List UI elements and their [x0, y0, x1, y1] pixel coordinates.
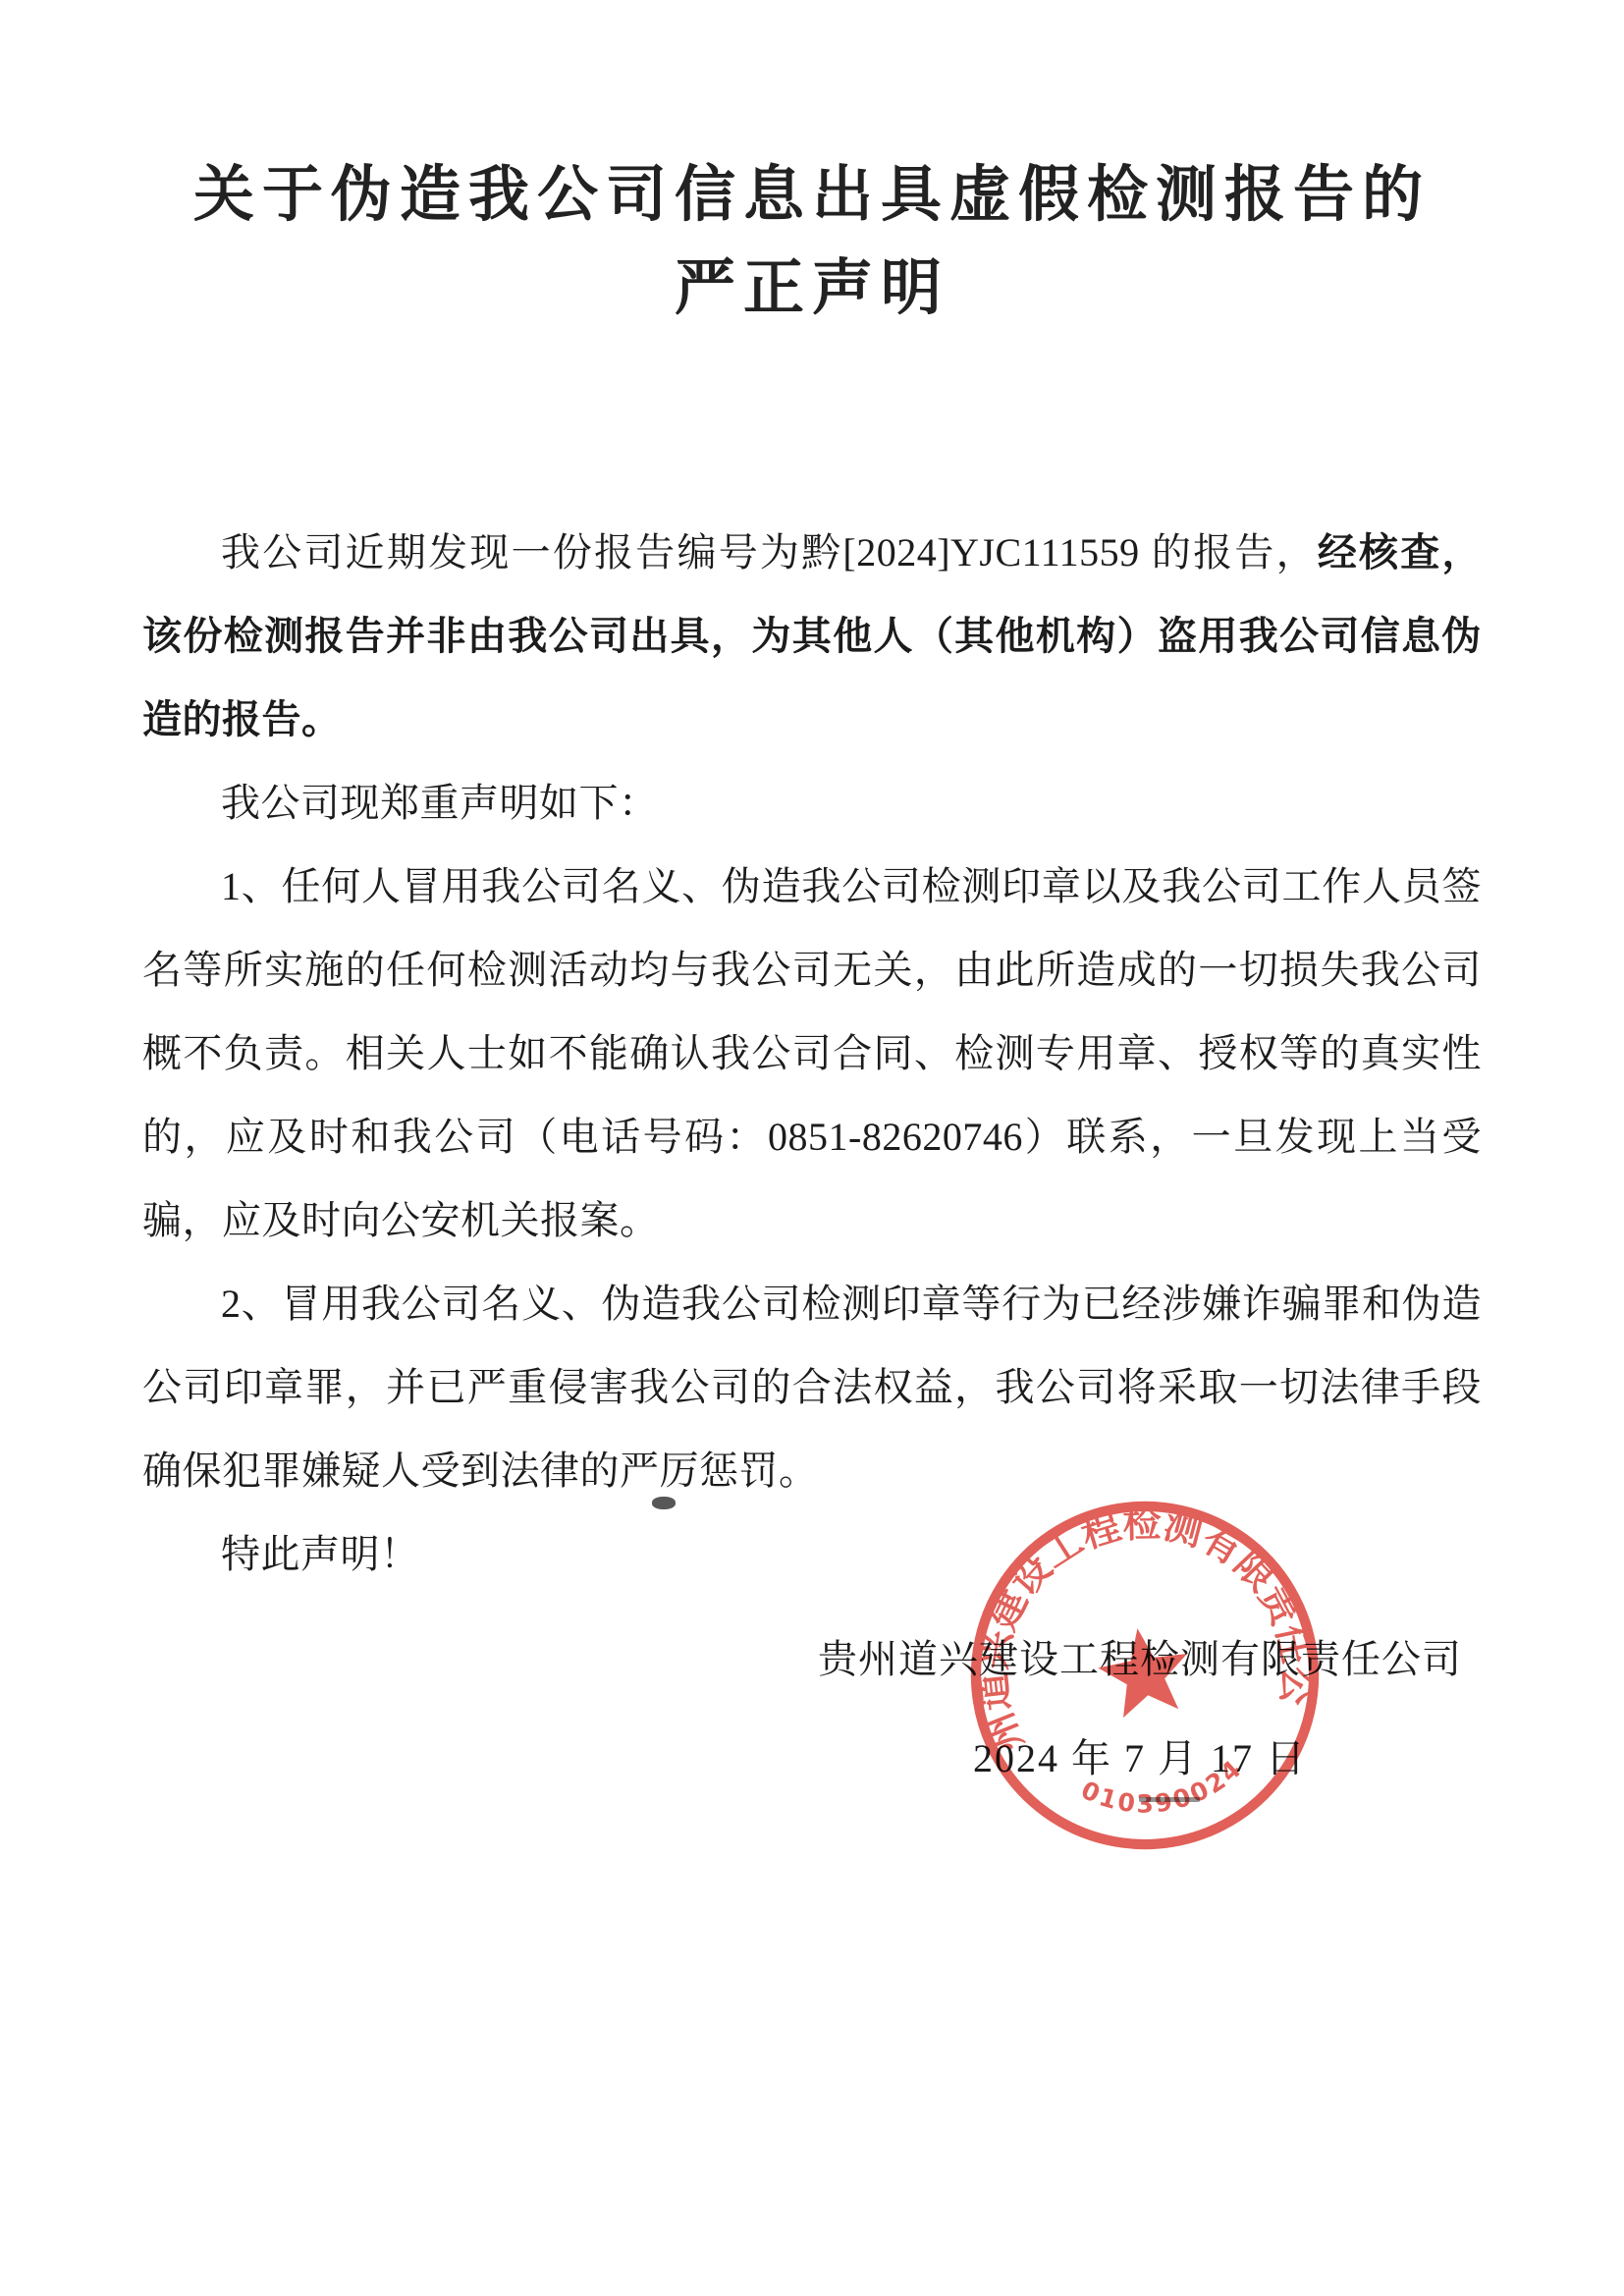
scan-speck: [1139, 1797, 1200, 1802]
signature-inner: 贵州道兴建设工程检测有限责任公司 2024 年 7 月 17 日: [818, 1617, 1462, 1800]
document-title-line1: 关于伪造我公司信息出具虚假检测报告的: [142, 149, 1482, 243]
paragraph: 1、任何人冒用我公司名义、伪造我公司检测印章以及我公司工作人员签名等所实施的任何…: [142, 845, 1482, 1262]
text-segment: 1、任何人冒用我公司名义、伪造我公司检测印章以及我公司工作人员签名等所实施的任何…: [142, 864, 1482, 1242]
paragraph: 我公司近期发现一份报告编号为黔[2024]YJC111559 的报告，经核查，该…: [142, 511, 1482, 761]
text-segment: 我公司近期发现一份报告编号为黔[2024]YJC111559 的报告，: [221, 530, 1318, 574]
paragraph: 2、冒用我公司名义、伪造我公司检测印章等行为已经涉嫌诈骗罪和伪造公司印章罪，并已…: [142, 1262, 1482, 1512]
scan-speck: [652, 1497, 676, 1509]
signature-block: 贵州道兴建设工程检测有限责任公司 2024 年 7 月 17 日: [142, 1617, 1482, 1800]
text-segment: 特此声明！: [221, 1532, 420, 1576]
paragraph: 特此声明！: [142, 1512, 1482, 1596]
document-page: 关于伪造我公司信息出具虚假检测报告的 严正声明 我公司近期发现一份报告编号为黔[…: [0, 0, 1624, 2296]
text-segment: 2、冒用我公司名义、伪造我公司检测印章等行为已经涉嫌诈骗罪和伪造公司印章罪，并已…: [142, 1282, 1482, 1493]
paragraph: 我公司现郑重声明如下：: [142, 761, 1482, 845]
document-content: 关于伪造我公司信息出具虚假检测报告的 严正声明 我公司近期发现一份报告编号为黔[…: [142, 0, 1482, 1800]
signature-company-name: 贵州道兴建设工程检测有限责任公司: [818, 1617, 1462, 1701]
title-block: 关于伪造我公司信息出具虚假检测报告的 严正声明: [142, 0, 1482, 336]
text-segment: 我公司现郑重声明如下：: [221, 781, 659, 825]
document-title-line2: 严正声明: [142, 243, 1482, 336]
signature-date: 2024 年 7 月 17 日: [818, 1717, 1462, 1800]
document-body: 我公司近期发现一份报告编号为黔[2024]YJC111559 的报告，经核查，该…: [142, 511, 1482, 1596]
